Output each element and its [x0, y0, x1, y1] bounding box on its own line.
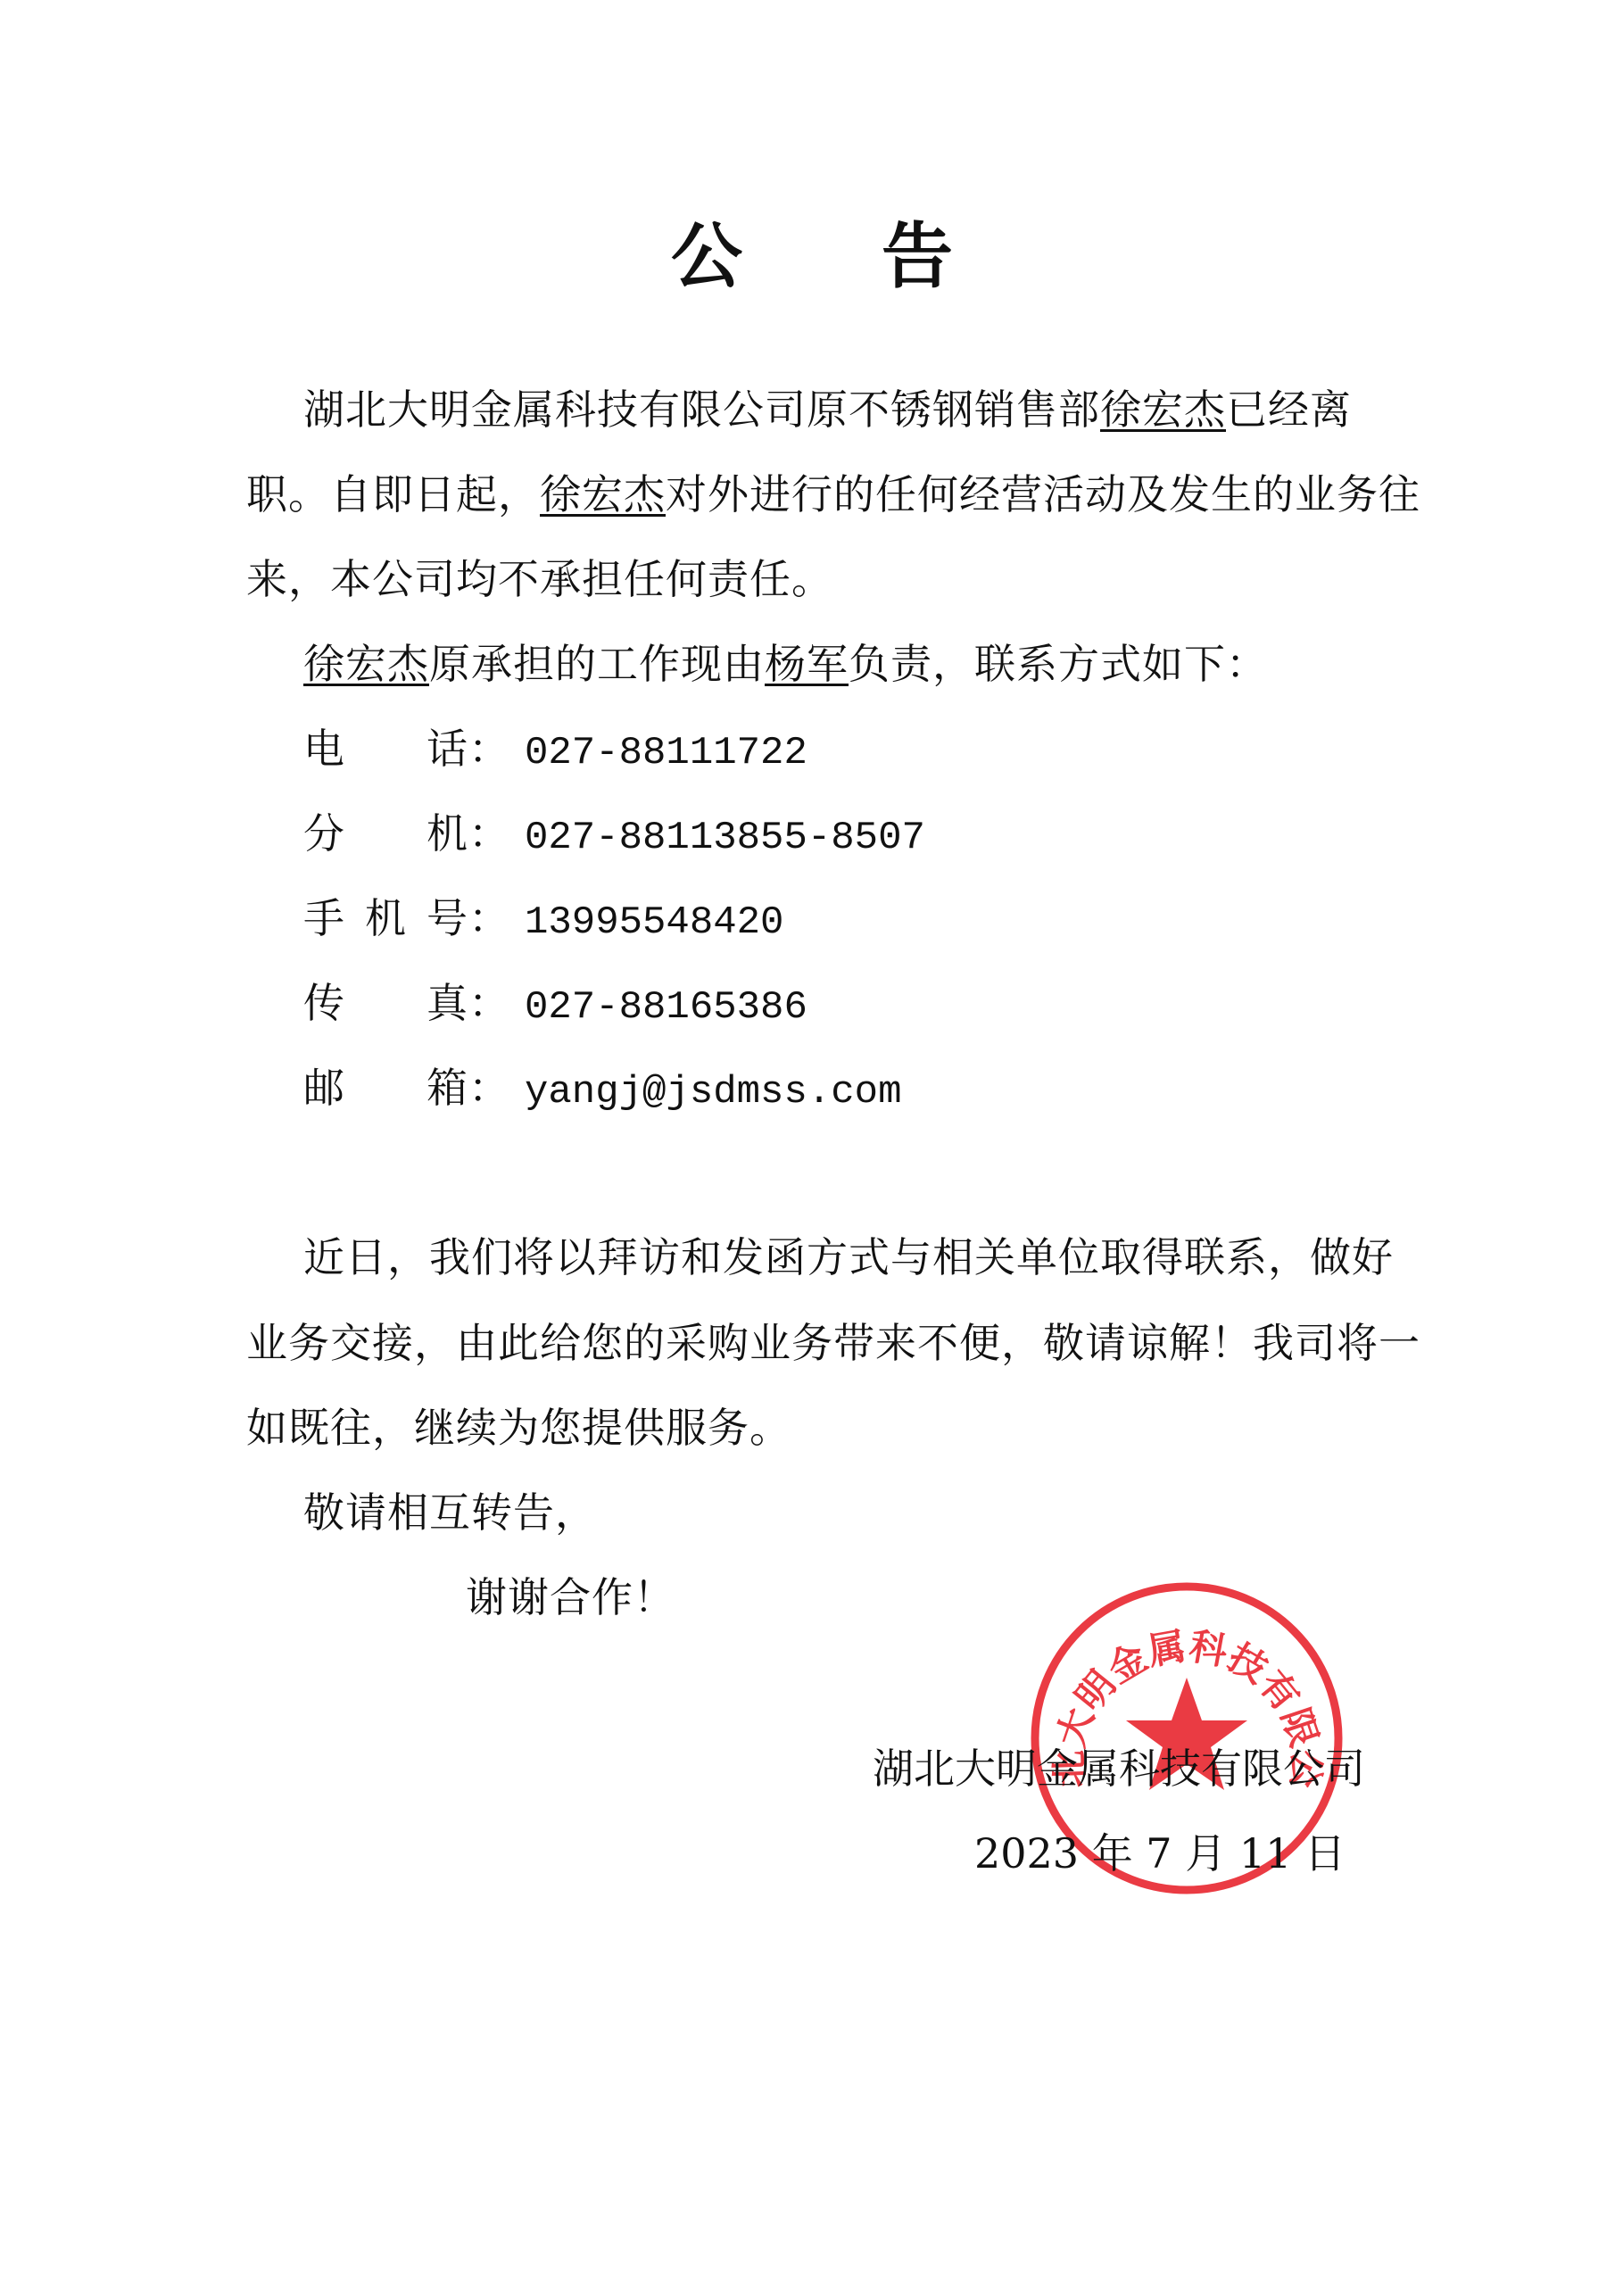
text: 原承担的工作现由	[429, 640, 765, 688]
paragraph1-line1: 湖北大明金属科技有限公司原不锈钢销售部徐宏杰已经离	[303, 383, 1352, 436]
paragraph3-line2: 业务交接，由此给您的采购业务带来不便，敬请谅解！我司将一	[246, 1316, 1420, 1370]
contact-label: 号：	[426, 891, 525, 945]
contact-label: 真：	[426, 976, 525, 1030]
contact-label: 分	[303, 807, 426, 860]
text: 已经离	[1226, 385, 1352, 434]
contact-extension: 分机：027-88113855-8507	[303, 807, 925, 865]
signature-company: 湖北大明金属科技有限公司	[873, 1742, 1365, 1795]
paragraph3-line1: 近日，我们将以拜访和发函方式与相关单位取得联系，做好	[303, 1231, 1394, 1284]
contact-value: 13995548420	[525, 900, 783, 945]
contact-value: 027-88111722	[525, 731, 807, 775]
contact-fax: 传真：027-88165386	[303, 976, 807, 1034]
contact-email: 邮箱：yangj@jsdmss.com	[303, 1061, 901, 1119]
title-char-2: 告	[882, 212, 953, 302]
signature-date: 2023 年 7 月 11 日	[974, 1827, 1346, 1880]
contact-mobile: 手机号：13995548420	[303, 891, 783, 949]
paragraph1-line3: 来，本公司均不承担任何责任。	[246, 552, 833, 606]
contact-label: 邮	[303, 1061, 426, 1115]
contact-phone: 电话：027-88111722	[303, 722, 807, 780]
contact-label: 手	[303, 891, 365, 945]
closing-thanks: 谢谢合作！	[466, 1571, 675, 1624]
contact-label: 电	[303, 722, 426, 775]
text: 对外进行的任何经营活动及发生的业务往	[666, 470, 1420, 518]
contact-value: 027-88165386	[525, 985, 807, 1030]
closing-request: 敬请相互转告，	[303, 1486, 597, 1539]
paragraph1-line2: 职。自即日起，徐宏杰对外进行的任何经营活动及发生的业务往	[246, 468, 1420, 521]
former-employee-name: 徐宏杰	[303, 640, 429, 688]
text: 负责，联系方式如下：	[849, 640, 1268, 688]
contact-label: 机：	[426, 807, 525, 860]
contact-label: 机	[365, 891, 426, 945]
text: 湖北大明金属科技有限公司原不锈钢销售部	[303, 385, 1100, 434]
contact-label: 话：	[426, 722, 525, 775]
new-contact-name: 杨军	[765, 640, 849, 688]
text: 职。自即日起，	[246, 470, 540, 518]
contact-value: yangj@jsdmss.com	[525, 1070, 901, 1115]
former-employee-name: 徐宏杰	[540, 470, 666, 518]
contact-value: 027-88113855-8507	[525, 816, 925, 860]
contact-label: 箱：	[426, 1061, 525, 1115]
title-char-1: 公	[671, 212, 742, 302]
paragraph2: 徐宏杰原承担的工作现由杨军负责，联系方式如下：	[303, 637, 1268, 691]
paragraph3-line3: 如既往，继续为您提供服务。	[246, 1401, 791, 1455]
former-employee-name: 徐宏杰	[1100, 385, 1226, 434]
contact-label: 传	[303, 976, 426, 1030]
